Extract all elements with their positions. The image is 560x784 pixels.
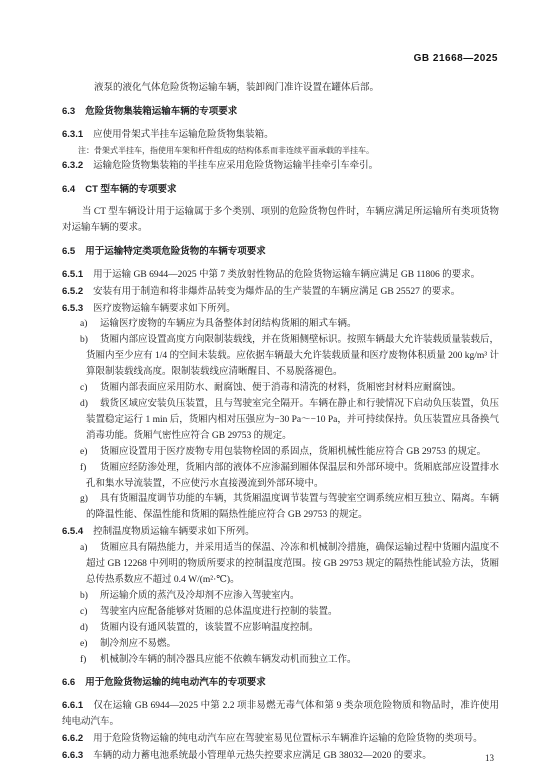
clause-number: 6.3.2 xyxy=(62,160,83,171)
clause-text: 仅在运输 GB 6944—2025 中第 2.2 项非易燃无毒气体和第 9 类杂… xyxy=(62,701,499,727)
clause-number: 6.4 xyxy=(62,184,75,195)
heading-text: CT 型车辆的专项要求 xyxy=(85,184,176,195)
clause-text: 安装有用于制造和将非爆炸品转变为爆炸品的生产装置的车辆应满足 GB 25527 … xyxy=(93,287,460,297)
clause-text: 用于运输 GB 6944—2025 中第 7 类放射性物品的危险货物运输车辆应满… xyxy=(93,270,480,280)
clause-number: 6.3 xyxy=(62,106,75,117)
clause-text: 车辆的动力蓄电池系统最小管理单元热失控要求应满足 GB 38032—2020 的… xyxy=(93,751,432,761)
list-item: c)货厢内部表面应采用防水、耐腐蚀、便于消毒和清洗的材料，货厢密封材料应耐腐蚀。 xyxy=(62,381,499,397)
clause: 6.3.1应使用骨架式半挂车运输危险货物集装箱。 xyxy=(62,127,499,144)
paragraph: 当 CT 型车辆设计用于运输属于多个类别、项别的危险货物包件时，车辆应满足所运输… xyxy=(62,205,499,237)
list-item-text: 货厢应具有隔热能力，并采用适当的保温、冷冻和机械制冷措施，确保运输过程中货厢内温… xyxy=(86,543,499,585)
list-item: b)所运输介质的蒸汽及冷却剂不应渗入驾驶室内。 xyxy=(62,589,499,605)
list-item-text: 运输医疗废物的车辆应为具备整体封闭结构货厢的厢式车辆。 xyxy=(100,319,357,329)
list-marker: f) xyxy=(80,653,100,669)
document-body: 液泵的液化气体危险货物运输车辆，装卸阀门准许设置在罐体后部。6.3危险货物集装箱… xyxy=(62,81,499,765)
list-item-text: 机械制冷车辆的制冷器具应能不依赖车辆发动机而独立工作。 xyxy=(100,655,357,665)
clause-text: 用于危险货物运输的纯电动汽车应在驾驶室易见位置标示车辆准许运输的危险货物的类项号… xyxy=(93,734,483,744)
list-item: d)货厢内设有通风装置的，该装置不应影响温度控制。 xyxy=(62,621,499,637)
list-item: g)具有货厢温度调节功能的车辆，其货厢温度调节装置与驾驶室空调系统应相互独立、隔… xyxy=(62,492,499,524)
list-item-text: 货厢内设有通风装置的，该装置不应影响温度控制。 xyxy=(100,623,319,633)
list-item-text: 货厢应设置用于医疗废物专用包装物栓固的系固点，货厢机械性能应符合 GB 2975… xyxy=(100,447,486,457)
clause-number: 6.5.1 xyxy=(62,269,83,280)
paragraph-text: 当 CT 型车辆设计用于运输属于多个类别、项别的危险货物包件时，车辆应满足所运输… xyxy=(62,207,499,233)
list-marker: b) xyxy=(80,333,100,349)
clause: 6.6.2用于危险货物运输的纯电动汽车应在驾驶室易见位置标示车辆准许运输的危险货… xyxy=(62,731,499,748)
clause: 6.6.1仅在运输 GB 6944—2025 中第 2.2 项非易燃无毒气体和第… xyxy=(62,698,499,731)
list-item-text: 制冷剂应不易燃。 xyxy=(100,639,176,649)
clause-number: 6.5.2 xyxy=(62,286,83,297)
clause: 6.5.2安装有用于制造和将非爆炸品转变为爆炸品的生产装置的车辆应满足 GB 2… xyxy=(62,284,499,301)
list-item-text: 驾驶室内应配备能够对货厢的总体温度进行控制的装置。 xyxy=(100,607,338,617)
heading-text: 危险货物集装箱运输车辆的专项要求 xyxy=(85,106,237,117)
note: 注：骨架式半挂车，指使用车架和杆件组成的结构体系而非连续平面承载的半挂车。 xyxy=(62,144,499,159)
list-item: f)机械制冷车辆的制冷器具应能不依赖车辆发动机而独立工作。 xyxy=(62,653,499,669)
clause: 6.5.4控制温度物质运输车辆要求如下所列。 xyxy=(62,524,499,541)
continuation-text: 液泵的液化气体危险货物运输车辆，装卸阀门准许设置在罐体后部。 xyxy=(94,83,379,93)
page-number: 13 xyxy=(485,753,494,763)
standard-number: GB 21668—2025 xyxy=(414,53,498,64)
document-page: GB 21668—2025 液泵的液化气体危险货物运输车辆，装卸阀门准许设置在罐… xyxy=(0,0,560,784)
clause-text: 控制温度物质运输车辆要求如下所列。 xyxy=(93,527,255,537)
clause-text: 医疗废物运输车辆要求如下所列。 xyxy=(93,304,236,314)
heading: 6.5用于运输特定类项危险货物的车辆专项要求 xyxy=(62,244,499,260)
list-item-text: 货厢应经防渗处理，货厢内部的液体不应渗漏到厢体保温层和外部环境中。货厢底部应设置… xyxy=(86,463,499,489)
list-marker: c) xyxy=(80,605,100,621)
clause-text: 运输危险货物集装箱的半挂车应采用危险货物运输半挂牵引车牵引。 xyxy=(93,161,378,171)
list-item: f)货厢应经防渗处理，货厢内部的液体不应渗漏到厢体保温层和外部环境中。货厢底部应… xyxy=(62,461,499,493)
list-marker: g) xyxy=(80,492,100,508)
list-item: b)货厢内部应设置高度方向限制装载线，并在货厢侧壁标识。按照车辆最大允许装载质量… xyxy=(62,333,499,381)
clause: 6.6.3车辆的动力蓄电池系统最小管理单元热失控要求应满足 GB 38032—2… xyxy=(62,748,499,765)
list-item: a)运输医疗废物的车辆应为具备整体封闭结构货厢的厢式车辆。 xyxy=(62,317,499,333)
heading: 6.3危险货物集装箱运输车辆的专项要求 xyxy=(62,104,499,120)
continuation: 液泵的液化气体危险货物运输车辆，装卸阀门准许设置在罐体后部。 xyxy=(62,81,499,97)
clause-text: 应使用骨架式半挂车运输危险货物集装箱。 xyxy=(93,130,274,140)
list-item: a)货厢应具有隔热能力，并采用适当的保温、冷冻和机械制冷措施，确保运输过程中货厢… xyxy=(62,541,499,589)
clause: 6.3.2运输危险货物集装箱的半挂车应采用危险货物运输半挂牵引车牵引。 xyxy=(62,158,499,175)
list-item: e)货厢应设置用于医疗废物专用包装物栓固的系固点，货厢机械性能应符合 GB 29… xyxy=(62,445,499,461)
heading-text: 用于运输特定类项危险货物的车辆专项要求 xyxy=(85,246,266,257)
heading: 6.4CT 型车辆的专项要求 xyxy=(62,182,499,198)
clause: 6.5.3医疗废物运输车辆要求如下所列。 xyxy=(62,301,499,318)
clause-number: 6.6.3 xyxy=(62,750,83,761)
list-marker: b) xyxy=(80,589,100,605)
clause-number: 6.6 xyxy=(62,677,75,688)
clause-number: 6.3.1 xyxy=(62,129,83,140)
clause-number: 6.5.3 xyxy=(62,303,83,314)
list-item: d)载货区域应安装负压装置，且与驾驶室完全隔开。车辆在静止和行驶情况下启动负压装… xyxy=(62,397,499,445)
list-marker: f) xyxy=(80,461,100,477)
list-marker: d) xyxy=(80,397,100,413)
clause-number: 6.6.2 xyxy=(62,733,83,744)
list-marker: e) xyxy=(80,445,100,461)
list-item-text: 货厢内部应设置高度方向限制装载线，并在货厢侧壁标识。按照车辆最大允许装载质量装载… xyxy=(86,335,499,377)
list-marker: a) xyxy=(80,317,100,333)
clause-number: 6.6.1 xyxy=(62,700,83,711)
list-marker: d) xyxy=(80,621,100,637)
list-item-text: 所运输介质的蒸汽及冷却剂不应渗入驾驶室内。 xyxy=(100,591,300,601)
clause-number: 6.5 xyxy=(62,246,75,257)
list-item-text: 货厢内部表面应采用防水、耐腐蚀、便于消毒和清洗的材料，货厢密封材料应耐腐蚀。 xyxy=(100,383,461,393)
list-marker: c) xyxy=(80,381,100,397)
heading-text: 用于危险货物运输的纯电动汽车的专项要求 xyxy=(85,677,266,688)
note-text: 注：骨架式半挂车，指使用车架和杆件组成的结构体系而非连续平面承载的半挂车。 xyxy=(78,146,374,155)
heading: 6.6用于危险货物运输的纯电动汽车的专项要求 xyxy=(62,675,499,691)
list-item-text: 载货区域应安装负压装置，且与驾驶室完全隔开。车辆在静止和行驶情况下启动负压装置，… xyxy=(86,399,499,441)
list-item-text: 具有货厢温度调节功能的车辆，其货厢温度调节装置与驾驶室空调系统应相互独立、隔离。… xyxy=(86,494,499,520)
clause: 6.5.1用于运输 GB 6944—2025 中第 7 类放射性物品的危险货物运… xyxy=(62,267,499,284)
list-marker: e) xyxy=(80,637,100,653)
list-marker: a) xyxy=(80,541,100,557)
list-item: c)驾驶室内应配备能够对货厢的总体温度进行控制的装置。 xyxy=(62,605,499,621)
clause-number: 6.5.4 xyxy=(62,526,83,537)
list-item: e)制冷剂应不易燃。 xyxy=(62,637,499,653)
